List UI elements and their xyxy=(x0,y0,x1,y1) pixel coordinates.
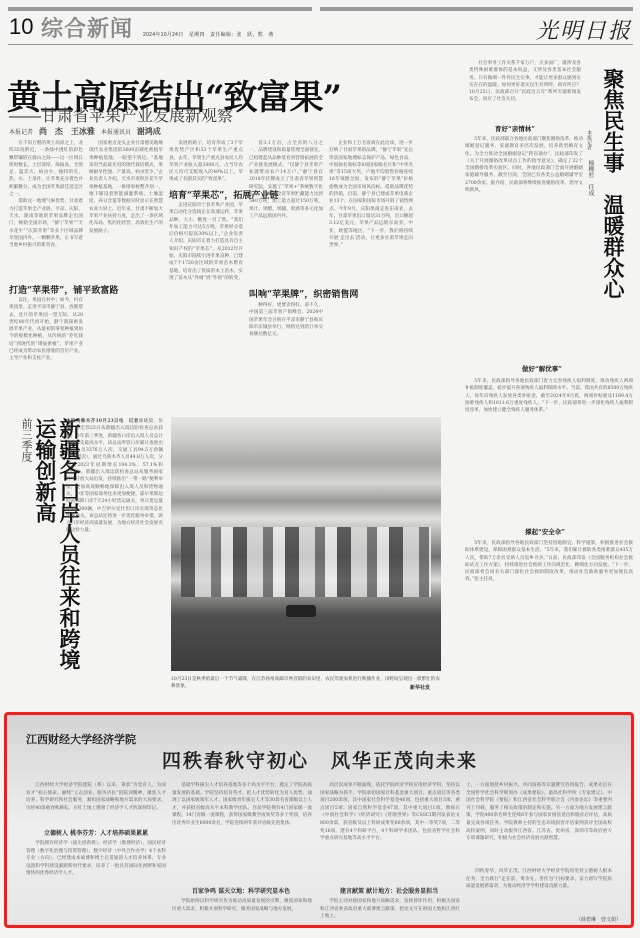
header-rule-thick xyxy=(8,7,312,11)
lead-column-3: 发展的路子，培育形成了3个苹果优势产区和33个苹果生产重点县。去年，苹果生产重点… xyxy=(169,140,243,185)
paragraph: 江西财经大学经济学院建院（系）以来，秉承“为党育人、为国育才”初心使命，赓续“立… xyxy=(26,782,166,812)
lead-byline: 本报记者 尚 杰 王冰雅 本报通讯员 谢鸿成 xyxy=(9,126,165,137)
paragraph: 学院始终以科学研究作为推动高质量发展的引擎，聚焦国家和地区重大需求，积极开展科学… xyxy=(172,898,312,913)
xinjiang-kicker: 前三季度 xyxy=(18,418,34,462)
advertorial-heading-3: 建言献策 献计地方：社会服务显担当 xyxy=(340,886,438,895)
right-story-reporters: 杨柳杉 任成 xyxy=(586,160,595,196)
paragraph: 种得好，更要卖得好。前不久，中国第三届苹果产销峰会、2024中国苹果年会分别在平… xyxy=(249,302,323,338)
paragraph: 以往，果园在村中；如今，村在果园里。走进平凉市静宁县，放眼望去，连片的苹果园一望… xyxy=(9,297,83,363)
farm-photo xyxy=(171,417,441,671)
advertorial-column-3-cont: 学院主动对接国家和地方战略需求，发挥智库作用，积极为国家和江西省委省政府重大部署… xyxy=(320,898,460,922)
reporter-names: 尚 杰 王冰雅 xyxy=(39,126,95,136)
section-title: 综合新闻 xyxy=(41,12,133,43)
right-section-1-body: 5年来，民政部联合各地民政部门聚焦婚俗改革，推动婚姻登记服务、家庭教育多层次发展… xyxy=(465,136,583,256)
paragraph: 发展的路子，培育形成了3个苹果优势产区和33个苹果生产重点县。去年，苹果生产重点… xyxy=(169,140,243,184)
paragraph: 借助这一地理气候优势，甘肃着力打造苹果全产业链，平凉、庆阳、天水、陇南等地的苹果… xyxy=(9,198,83,249)
paragraph: 苗3.1万亩，占全省的八分之一，品牌建设和质量管理全面领先，已构建起从品种选育到… xyxy=(249,140,323,220)
lead-subhead: ——甘肃省苹果产业发展新观察 xyxy=(9,103,233,126)
title-part-1: 四秩春秋守初心 xyxy=(162,750,309,772)
right-story-byline-label: 本报记者 xyxy=(586,130,593,150)
right-section-3-body: 5年来，民政部指导各地民政部门坚持因地制宜、科学施策，积极推进社会救助体系建设，… xyxy=(465,540,633,680)
advertorial-column-1: 江西财经大学经济学院建院（系）以来，秉承“为党育人、为国育才”初心使命，赓续“立… xyxy=(26,782,166,822)
paragraph: 在千沟万壑的黄土高原之上，北纬35度附近，一条绿中透红的彩色飘带镶嵌在群山之间—… xyxy=(9,140,83,198)
xinjiang-body: 本报乌鲁木齐10月23日电 记者颜晓黛、彭冕、孙宏伟23日从新疆出入境边防检查总… xyxy=(66,418,163,680)
advertorial-column-2-cont: 学院始终以科学研究作为推动高质量发展的引擎，聚焦国家和地区重大需求，积极开展科学… xyxy=(172,898,312,922)
paragraph: 国家重点龙头企业甘肃德美地缘现代农业集团的3600亩矮化密植苹果种植基地，一眼望… xyxy=(89,140,163,235)
tractor xyxy=(286,605,316,617)
paragraph: 5年来，民政部指导各地民政部门坚持因地制宜、科学施策，积极推进社会救助体系建设，… xyxy=(465,540,633,584)
right-section-heading-1: 育好“亲情林” xyxy=(495,124,535,133)
paragraph: 学院主动对接国家和地方战略需求，发挥智库作用，积极为国家和江西省委省政府重大部署… xyxy=(320,898,460,921)
lead-column-1: 在千沟万壑的黄土高原之上，北纬35度附近，一条绿中透红的彩色飘带镶嵌在群山之间—… xyxy=(9,140,83,275)
advertorial-column-4: 上，一方面围绕乡村振兴、共同富裕等议题撰写咨询报告，成果先后在全国哲学社会科学规… xyxy=(466,782,612,868)
paragraph: 上，一方面围绕乡村振兴、共同富裕等议题撰写咨询报告，成果先后在全国哲学社会科学规… xyxy=(466,782,612,843)
right-section-heading-3: 撑起“安全伞” xyxy=(525,527,565,536)
advertorial-column-4-cont: 四秩春华，风华正茂。江西财经大学经济学院将坚持立德树人根本任务，全力践行“走在前… xyxy=(466,868,612,914)
photo-caption: 10月23日是秋季的最后一个节气霜降，在江苏扬州高邮市界首镇的农田里，农民驾驶农… xyxy=(171,676,441,690)
advertorial-heading-1: 立德树人 桃李芬芳：人才培养硕果累累 xyxy=(44,828,148,837)
paragraph: 社会事务工作关系千家万户，点多面广，既涉及各类特殊困难群体的基本权益，又涉及各类… xyxy=(469,60,581,104)
lead-column-3-cont: 走进庆阳市宁县苹果产业园，苹果自动化分选线正在高速运转，苹果品种、大小、糖度一目… xyxy=(169,202,243,382)
advertorial-column-1-cont: 学院拥有经济学（拔尖创新班）、经济学（数理经济）、国民经济管理（数字化治理与投资… xyxy=(26,840,166,912)
lead-column-2: 国家重点龙头企业甘肃德美地缘现代农业集团的3600亩矮化密植苹果种植基地，一眼望… xyxy=(89,140,163,382)
right-story-intro: 社会事务工作关系千家万户，点多面广，既涉及各类特殊困难群体的基本权益，又涉及各类… xyxy=(469,60,581,112)
dateline: 2024年10月24日 星期四 责任编辑：张 跃、熊 燕 xyxy=(143,31,274,38)
header-rule-thin xyxy=(8,44,633,45)
paragraph: 本报乌鲁木齐10月23日电 记者颜晓黛、彭冕、孙宏伟23日从新疆出入境边防检查总… xyxy=(66,418,163,535)
advertorial-column-3: 高层次成果不断涌现，依托学院经济学和应用经济学科，坚持以国家战略为抓手，学院承担… xyxy=(320,782,460,880)
page-number: 10 xyxy=(9,14,33,40)
advertorial-school-name: 江西财经大学经济学院 xyxy=(26,731,136,747)
advertorial-signature: （薛碧琳 曾文娟） xyxy=(576,916,621,923)
lead-column-4-cont: 种得好，更要卖得好。前不久，中国第三届苹果产销峰会、2024中国苹果年会分别在平… xyxy=(249,302,323,382)
advertorial-column-2: 基础学科拔尖人才培养基地等多个高水平平台，奠定了学院高质量发展的基础。学院坚持培… xyxy=(172,782,312,880)
paragraph: 5年来，民政部联合各地民政部门聚焦婚俗改革，推动婚姻登记服务、家庭教育多层次发展… xyxy=(465,136,583,194)
paragraph: 高层次成果不断涌现，依托学院经济学和应用经济学科，坚持以国家战略为抓手，学院承担… xyxy=(320,782,460,843)
village-houses xyxy=(181,527,431,597)
title-part-2: 风华正茂向未来 xyxy=(331,750,478,772)
byline-label: 本报通讯员 xyxy=(101,129,131,136)
byline-label: 本报记者 xyxy=(9,129,33,136)
header-rule-thick xyxy=(320,7,633,11)
lead-column-5: 企业和上万名客商在此洽谈，进一步打响了甘肃苹果的品牌。“静宁苹果”先后荣获国家地… xyxy=(329,140,413,382)
paragraph: 学院拥有经济学（拔尖创新班）、经济学（数理经济）、国民经济管理（数字化治理与投资… xyxy=(26,840,166,878)
right-section-2-body: 5年来，民政部指导各地民政部门着力完善残疾人福利制度，推动残疾人两项补贴制度覆盖… xyxy=(465,378,633,523)
paragraph: 走进庆阳市宁县苹果产业园，苹果自动化分选线正在高速运转，苹果品种、大小、糖度一目… xyxy=(169,202,243,282)
advertorial-heading-2: 百家争鸣 谋天立地：科学研究显本色 xyxy=(192,886,290,895)
paragraph: 四秩春华，风华正茂。江西财经大学经济学院将坚持立德树人根本任务，全力践行“走在前… xyxy=(466,868,612,891)
photo-credit: 新华社发 xyxy=(410,684,430,691)
paragraph: 基础学科拔尖人才培养基地等多个高水平平台，奠定了学院高质量发展的基础。学院坚持培… xyxy=(172,782,312,828)
masthead-logo: 光明日报 xyxy=(536,14,632,45)
right-story-headline: 聚焦民生事 温暖群众心 xyxy=(601,68,625,299)
paragraph: 企业和上万名客商在此洽谈，进一步打响了甘肃苹果的品牌。“静宁苹果”先后荣获国家地… xyxy=(329,140,413,249)
paragraph: 5年来，民政部指导各地民政部门着力完善残疾人福利制度，推动残疾人两项补贴制度覆盖… xyxy=(465,378,633,414)
advertorial-title: 四秩春秋守初心风华正茂向未来 xyxy=(0,746,640,773)
body-text: 颜晓黛、彭冕、孙宏伟23日从新疆出入境边防检查总站获悉，今年前三季度，新疆各口岸… xyxy=(66,419,163,533)
right-section-heading-2: 做好“解忧事” xyxy=(522,364,562,373)
dateline-bold: 本报乌鲁木齐10月23日电 记者 xyxy=(66,419,139,424)
lead-column-4: 苗3.1万亩，占全省的八分之一，品牌建设和质量管理全面领先，已构建起从品种选育到… xyxy=(249,140,323,278)
lead-column-1-cont: 以往，果园在村中；如今，村在果园里。走进平凉市静宁县，放眼望去，连片的苹果园一望… xyxy=(9,297,83,382)
correspondent-name: 谢鸿成 xyxy=(137,126,161,136)
